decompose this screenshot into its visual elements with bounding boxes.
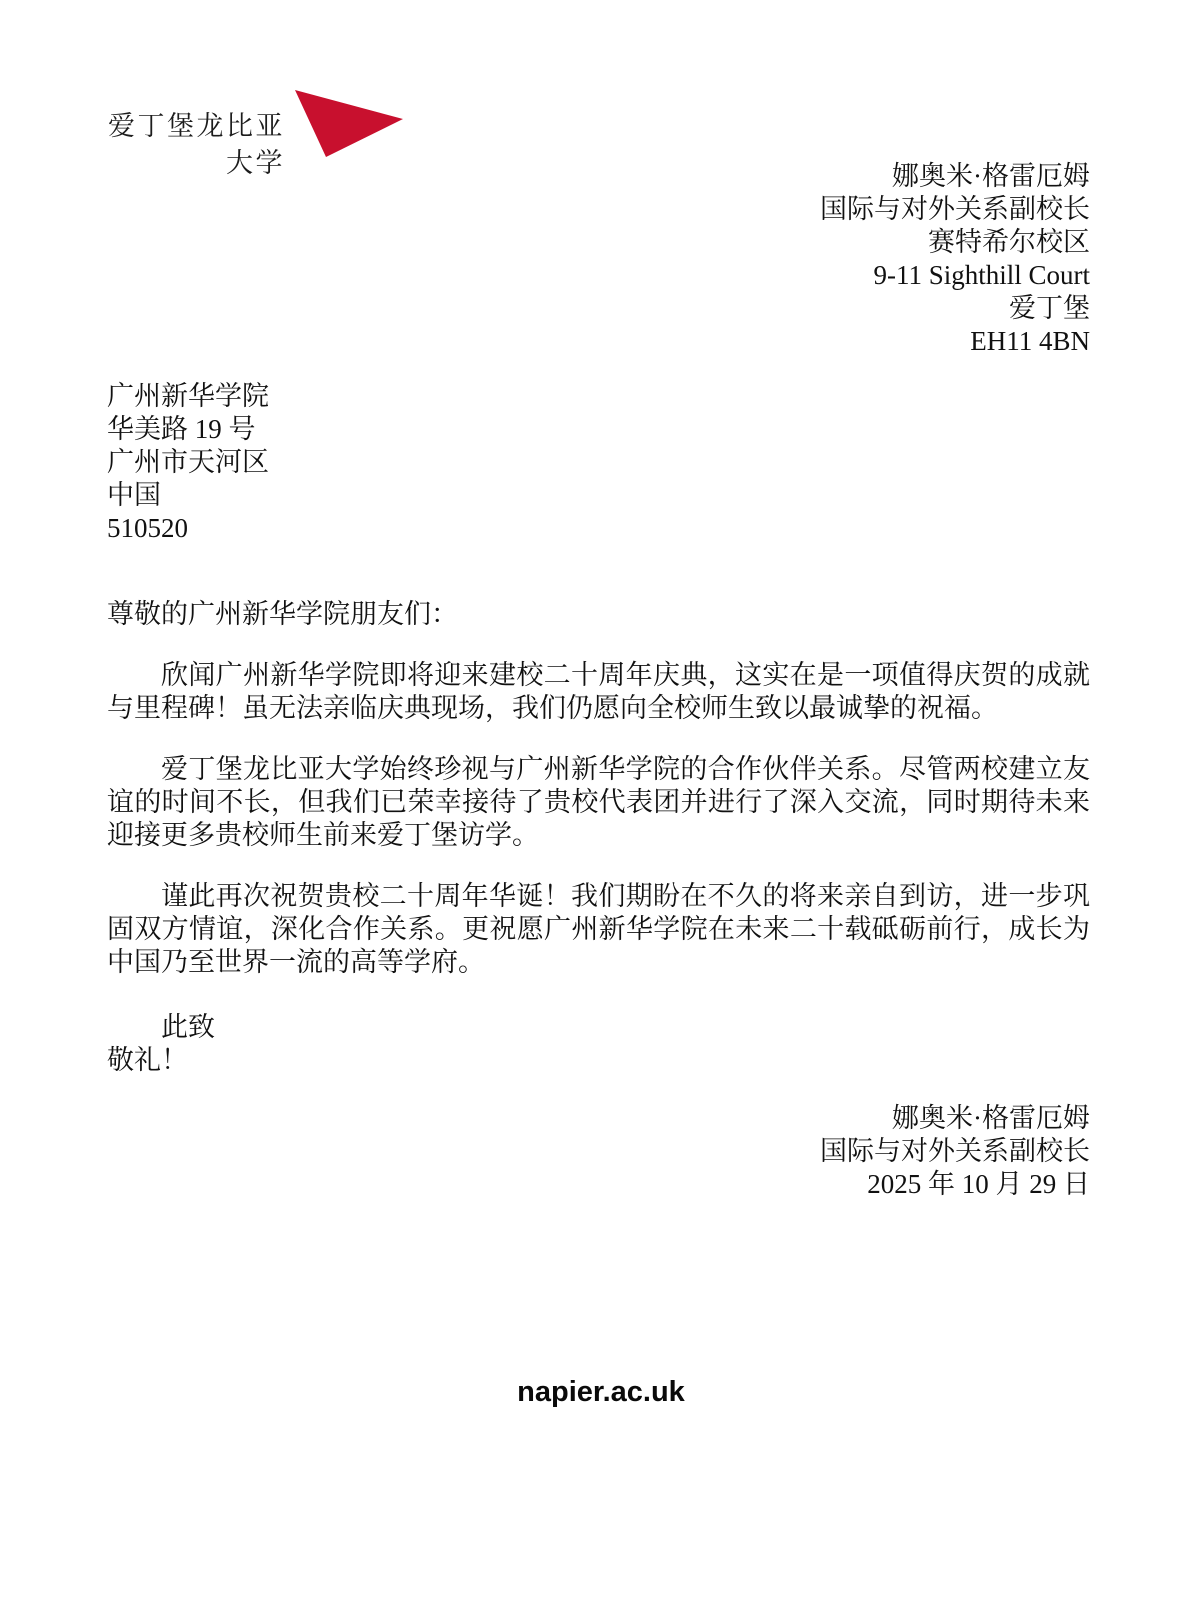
sender-postcode: EH11 4BN xyxy=(820,325,1090,358)
recipient-district: 广州市天河区 xyxy=(107,446,269,479)
logo-triangle-icon xyxy=(291,86,407,160)
recipient-postcode: 510520 xyxy=(107,512,269,545)
sender-street: 9-11 Sighthill Court xyxy=(820,259,1090,292)
sender-name: 娜奥米·格雷厄姆 xyxy=(820,160,1090,193)
recipient-street: 华美路 19 号 xyxy=(107,413,269,446)
sender-city: 爱丁堡 xyxy=(820,292,1090,325)
letter-body: 尊敬的广州新华学院朋友们： 欣闻广州新华学院即将迎来建校二十周年庆典，这实在是一… xyxy=(107,598,1090,1077)
sender-campus: 赛特希尔校区 xyxy=(820,226,1090,259)
logo-name-line1: 爱丁堡龙比亚 xyxy=(105,108,285,145)
closing-regards: 此致 xyxy=(107,1011,1090,1044)
body-paragraph-2: 爱丁堡龙比亚大学始终珍视与广州新华学院的合作伙伴关系。尽管两校建立友谊的时间不长… xyxy=(107,753,1090,852)
signature-block: 娜奥米·格雷厄姆 国际与对外关系副校长 2025 年 10 月 29 日 xyxy=(820,1102,1090,1201)
signature-date: 2025 年 10 月 29 日 xyxy=(820,1168,1090,1201)
recipient-address-block: 广州新华学院 华美路 19 号 广州市天河区 中国 510520 xyxy=(107,380,269,545)
signature-title: 国际与对外关系副校长 xyxy=(820,1135,1090,1168)
closing-salute: 敬礼！ xyxy=(107,1044,1090,1077)
signature-name: 娜奥米·格雷厄姆 xyxy=(820,1102,1090,1135)
footer-website: napier.ac.uk xyxy=(0,1376,1202,1409)
recipient-country: 中国 xyxy=(107,479,269,512)
letter-page: 爱丁堡龙比亚 大学 娜奥米·格雷厄姆 国际与对外关系副校长 赛特希尔校区 9-1… xyxy=(0,0,1202,1603)
recipient-name: 广州新华学院 xyxy=(107,380,269,413)
logo-name-line2: 大学 xyxy=(105,145,285,182)
university-logo-text: 爱丁堡龙比亚 大学 xyxy=(105,108,285,182)
logo-triangle-shape xyxy=(295,90,403,157)
sender-address-block: 娜奥米·格雷厄姆 国际与对外关系副校长 赛特希尔校区 9-11 Sighthil… xyxy=(820,160,1090,358)
sender-title: 国际与对外关系副校长 xyxy=(820,193,1090,226)
body-paragraph-1: 欣闻广州新华学院即将迎来建校二十周年庆典，这实在是一项值得庆贺的成就与里程碑！虽… xyxy=(107,659,1090,725)
body-paragraph-3: 谨此再次祝贺贵校二十周年华诞！我们期盼在不久的将来亲自到访，进一步巩固双方情谊，… xyxy=(107,880,1090,979)
salutation: 尊敬的广州新华学院朋友们： xyxy=(107,598,1090,631)
